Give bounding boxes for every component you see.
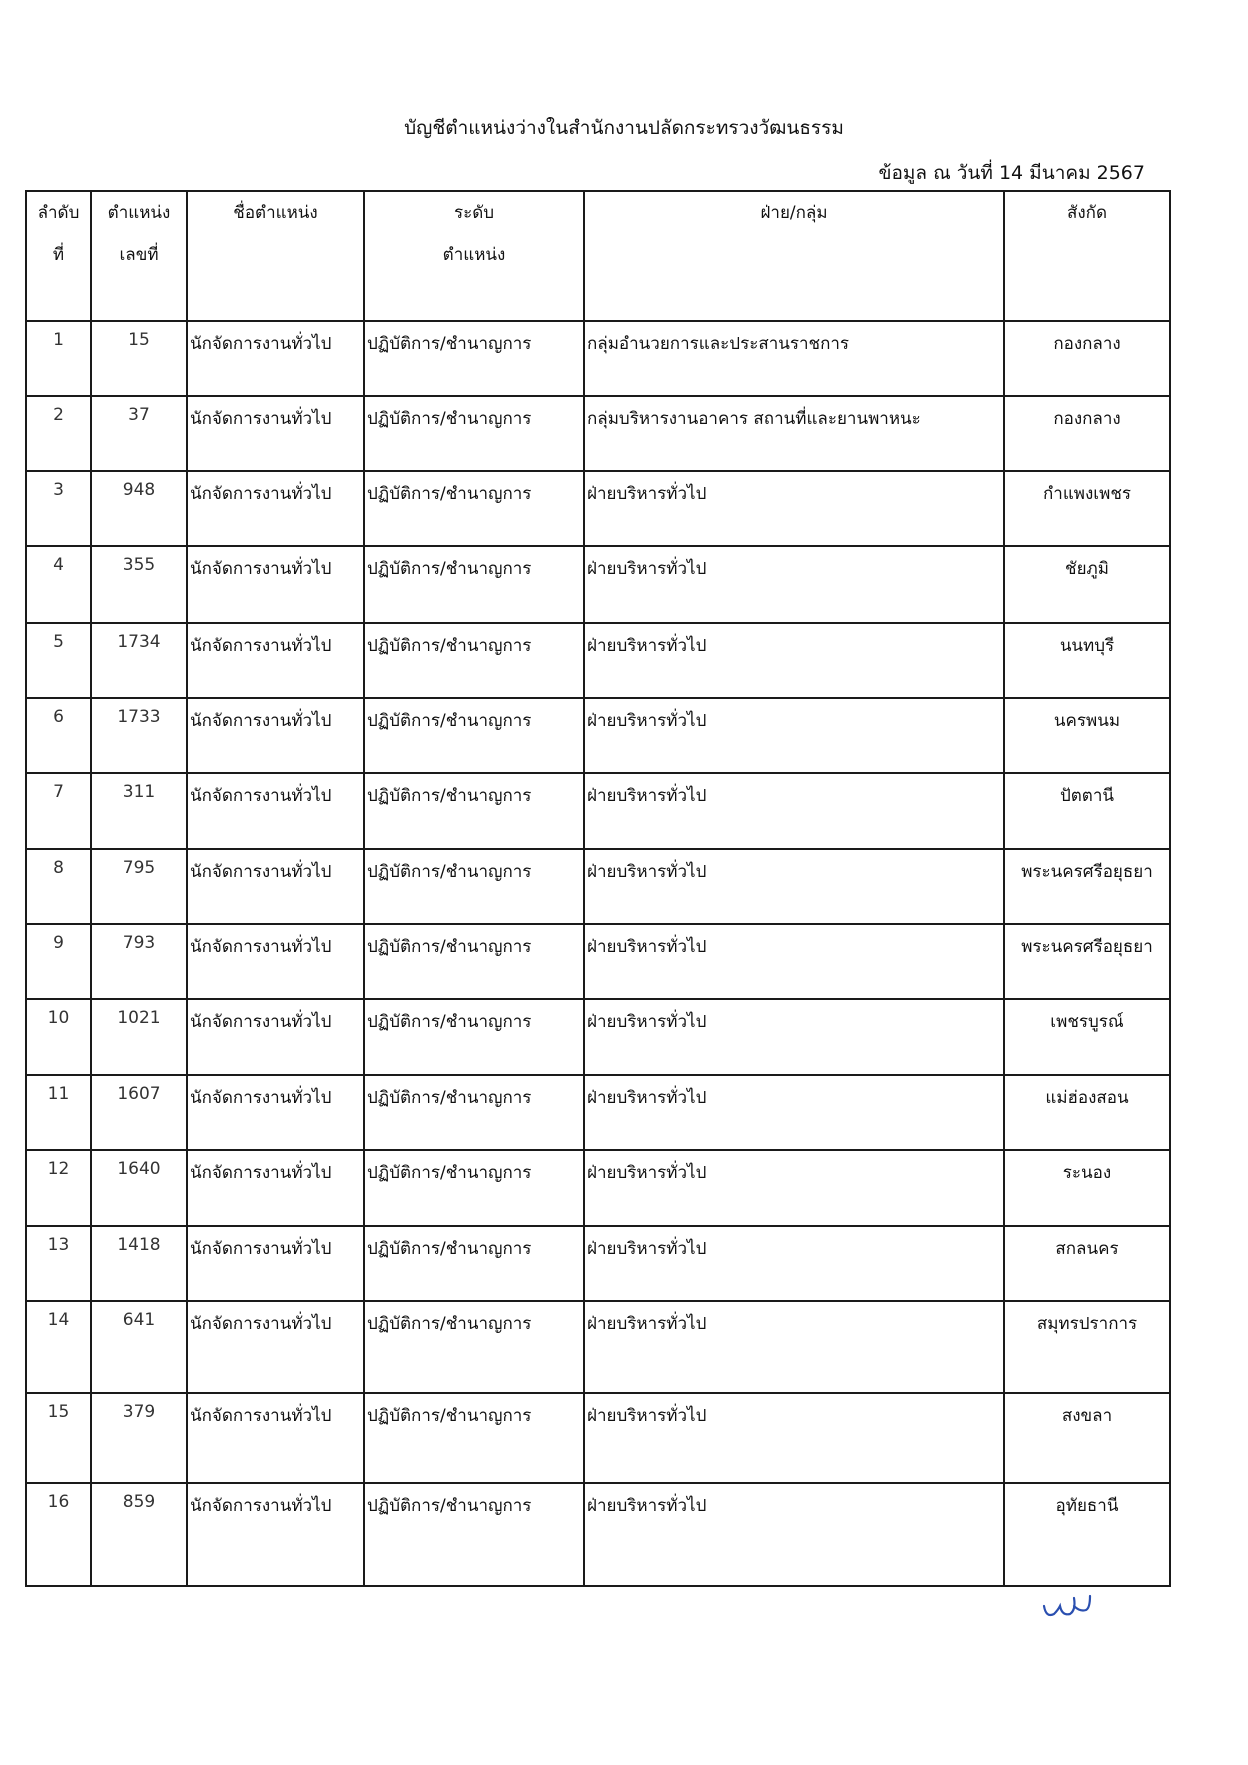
affiliation-cell: สกลนคร [1004,1226,1170,1301]
position-name-cell: นักจัดการงานทั่วไป [187,1226,364,1301]
table-row: 131418นักจัดการงานทั่วไปปฏิบัติการ/ชำนาญ… [26,1226,1170,1301]
table-row: 16859นักจัดการงานทั่วไปปฏิบัติการ/ชำนาญก… [26,1483,1170,1586]
affiliation-cell: สงขลา [1004,1393,1170,1483]
table-row: 4355นักจัดการงานทั่วไปปฏิบัติการ/ชำนาญกา… [26,546,1170,623]
table-row: 61733นักจัดการงานทั่วไปปฏิบัติการ/ชำนาญก… [26,698,1170,773]
row-number-cell: 3 [26,471,91,546]
position-number-cell: 355 [91,546,187,623]
division-group-cell: กลุ่มบริหารงานอาคาร สถานที่และยานพาหนะ [584,396,1004,471]
vacancy-table: ลำดับ ที่ ตำแหน่ง เลขที่ ชื่อตำแหน่ง ระด… [25,190,1171,1587]
division-group-cell: ฝ่ายบริหารทั่วไป [584,1483,1004,1586]
table-header-row: ลำดับ ที่ ตำแหน่ง เลขที่ ชื่อตำแหน่ง ระด… [26,191,1170,321]
row-number-cell: 11 [26,1075,91,1150]
header-position-name-line1: ชื่อตำแหน่ง [190,192,361,234]
position-level-cell: ปฏิบัติการ/ชำนาญการ [364,1393,584,1483]
position-number-cell: 793 [91,924,187,999]
affiliation-cell: แม่ฮ่องสอน [1004,1075,1170,1150]
affiliation-cell: อุทัยธานี [1004,1483,1170,1586]
table-row: 9793นักจัดการงานทั่วไปปฏิบัติการ/ชำนาญกา… [26,924,1170,999]
affiliation-cell: นครพนม [1004,698,1170,773]
position-number-cell: 1418 [91,1226,187,1301]
header-division: ฝ่าย/กลุ่ม [584,191,1004,321]
header-position-no: ตำแหน่ง เลขที่ [91,191,187,321]
division-group-cell: ฝ่ายบริหารทั่วไป [584,773,1004,849]
position-number-cell: 1734 [91,623,187,698]
position-level-cell: ปฏิบัติการ/ชำนาญการ [364,773,584,849]
position-level-cell: ปฏิบัติการ/ชำนาญการ [364,1301,584,1393]
row-number-cell: 7 [26,773,91,849]
handwritten-initials-icon [1040,1592,1100,1622]
position-level-cell: ปฏิบัติการ/ชำนาญการ [364,849,584,924]
position-name-cell: นักจัดการงานทั่วไป [187,698,364,773]
division-group-cell: ฝ่ายบริหารทั่วไป [584,1150,1004,1226]
header-no: ลำดับ ที่ [26,191,91,321]
position-level-cell: ปฏิบัติการ/ชำนาญการ [364,623,584,698]
position-name-cell: นักจัดการงานทั่วไป [187,1393,364,1483]
position-level-cell: ปฏิบัติการ/ชำนาญการ [364,471,584,546]
position-name-cell: นักจัดการงานทั่วไป [187,999,364,1075]
affiliation-cell: กำแพงเพชร [1004,471,1170,546]
table-row: 111607นักจัดการงานทั่วไปปฏิบัติการ/ชำนาญ… [26,1075,1170,1150]
position-level-cell: ปฏิบัติการ/ชำนาญการ [364,1075,584,1150]
row-number-cell: 15 [26,1393,91,1483]
row-number-cell: 6 [26,698,91,773]
position-name-cell: นักจัดการงานทั่วไป [187,471,364,546]
table-row: 14641นักจัดการงานทั่วไปปฏิบัติการ/ชำนาญก… [26,1301,1170,1393]
position-level-cell: ปฏิบัติการ/ชำนาญการ [364,698,584,773]
position-number-cell: 859 [91,1483,187,1586]
position-level-cell: ปฏิบัติการ/ชำนาญการ [364,546,584,623]
position-number-cell: 311 [91,773,187,849]
row-number-cell: 14 [26,1301,91,1393]
affiliation-cell: กองกลาง [1004,321,1170,396]
table-row: 7311นักจัดการงานทั่วไปปฏิบัติการ/ชำนาญกา… [26,773,1170,849]
position-level-cell: ปฏิบัติการ/ชำนาญการ [364,1226,584,1301]
division-group-cell: ฝ่ายบริหารทั่วไป [584,1393,1004,1483]
position-level-cell: ปฏิบัติการ/ชำนาญการ [364,396,584,471]
position-name-cell: นักจัดการงานทั่วไป [187,924,364,999]
header-position-name: ชื่อตำแหน่ง [187,191,364,321]
row-number-cell: 13 [26,1226,91,1301]
row-number-cell: 10 [26,999,91,1075]
position-number-cell: 1733 [91,698,187,773]
affiliation-cell: สมุทรปราการ [1004,1301,1170,1393]
division-group-cell: ฝ่ายบริหารทั่วไป [584,1226,1004,1301]
position-name-cell: นักจัดการงานทั่วไป [187,1301,364,1393]
header-affiliation: สังกัด [1004,191,1170,321]
position-name-cell: นักจัดการงานทั่วไป [187,321,364,396]
table-row: 15379นักจัดการงานทั่วไปปฏิบัติการ/ชำนาญก… [26,1393,1170,1483]
affiliation-cell: ชัยภูมิ [1004,546,1170,623]
position-number-cell: 1607 [91,1075,187,1150]
row-number-cell: 2 [26,396,91,471]
table-row: 51734นักจัดการงานทั่วไปปฏิบัติการ/ชำนาญก… [26,623,1170,698]
header-level-line1: ระดับ [367,192,581,234]
affiliation-cell: ปัตตานี [1004,773,1170,849]
table-row: 3948นักจัดการงานทั่วไปปฏิบัติการ/ชำนาญกา… [26,471,1170,546]
position-name-cell: นักจัดการงานทั่วไป [187,1075,364,1150]
position-number-cell: 15 [91,321,187,396]
row-number-cell: 16 [26,1483,91,1586]
position-level-cell: ปฏิบัติการ/ชำนาญการ [364,1150,584,1226]
affiliation-cell: กองกลาง [1004,396,1170,471]
division-group-cell: ฝ่ายบริหารทั่วไป [584,924,1004,999]
position-number-cell: 37 [91,396,187,471]
header-level: ระดับ ตำแหน่ง [364,191,584,321]
division-group-cell: ฝ่ายบริหารทั่วไป [584,1301,1004,1393]
header-affiliation-line1: สังกัด [1007,192,1167,234]
position-name-cell: นักจัดการงานทั่วไป [187,849,364,924]
position-number-cell: 795 [91,849,187,924]
affiliation-cell: นนทบุรี [1004,623,1170,698]
header-position-no-line1: ตำแหน่ง [94,192,184,234]
table-row: 115นักจัดการงานทั่วไปปฏิบัติการ/ชำนาญการ… [26,321,1170,396]
position-number-cell: 948 [91,471,187,546]
row-number-cell: 1 [26,321,91,396]
division-group-cell: ฝ่ายบริหารทั่วไป [584,849,1004,924]
division-group-cell: ฝ่ายบริหารทั่วไป [584,999,1004,1075]
position-name-cell: นักจัดการงานทั่วไป [187,1150,364,1226]
position-level-cell: ปฏิบัติการ/ชำนาญการ [364,924,584,999]
affiliation-cell: พระนครศรีอยุธยา [1004,849,1170,924]
position-name-cell: นักจัดการงานทั่วไป [187,546,364,623]
division-group-cell: ฝ่ายบริหารทั่วไป [584,546,1004,623]
position-number-cell: 641 [91,1301,187,1393]
document-title: บัญชีตำแหน่งว่างในสำนักงานปลัดกระทรวงวัฒ… [0,113,1248,143]
row-number-cell: 12 [26,1150,91,1226]
affiliation-cell: พระนครศรีอยุธยา [1004,924,1170,999]
position-name-cell: นักจัดการงานทั่วไป [187,623,364,698]
table-row: 121640นักจัดการงานทั่วไปปฏิบัติการ/ชำนาญ… [26,1150,1170,1226]
header-position-no-line2: เลขที่ [94,234,184,276]
row-number-cell: 5 [26,623,91,698]
division-group-cell: ฝ่ายบริหารทั่วไป [584,1075,1004,1150]
position-number-cell: 1640 [91,1150,187,1226]
row-number-cell: 8 [26,849,91,924]
data-date-note: ข้อมูล ณ วันที่ 14 มีนาคม 2567 [878,158,1145,188]
table-row: 8795นักจัดการงานทั่วไปปฏิบัติการ/ชำนาญกา… [26,849,1170,924]
position-level-cell: ปฏิบัติการ/ชำนาญการ [364,1483,584,1586]
header-level-line2: ตำแหน่ง [367,234,581,276]
table-row: 101021นักจัดการงานทั่วไปปฏิบัติการ/ชำนาญ… [26,999,1170,1075]
division-group-cell: ฝ่ายบริหารทั่วไป [584,623,1004,698]
header-no-line1: ลำดับ [29,192,88,234]
position-level-cell: ปฏิบัติการ/ชำนาญการ [364,321,584,396]
position-number-cell: 379 [91,1393,187,1483]
division-group-cell: ฝ่ายบริหารทั่วไป [584,471,1004,546]
header-no-line2: ที่ [29,234,88,276]
division-group-cell: ฝ่ายบริหารทั่วไป [584,698,1004,773]
position-name-cell: นักจัดการงานทั่วไป [187,396,364,471]
division-group-cell: กลุ่มอำนวยการและประสานราชการ [584,321,1004,396]
position-name-cell: นักจัดการงานทั่วไป [187,773,364,849]
position-name-cell: นักจัดการงานทั่วไป [187,1483,364,1586]
table-row: 237นักจัดการงานทั่วไปปฏิบัติการ/ชำนาญการ… [26,396,1170,471]
position-number-cell: 1021 [91,999,187,1075]
header-division-line1: ฝ่าย/กลุ่ม [587,192,1001,234]
affiliation-cell: เพชรบูรณ์ [1004,999,1170,1075]
affiliation-cell: ระนอง [1004,1150,1170,1226]
row-number-cell: 9 [26,924,91,999]
row-number-cell: 4 [26,546,91,623]
position-level-cell: ปฏิบัติการ/ชำนาญการ [364,999,584,1075]
